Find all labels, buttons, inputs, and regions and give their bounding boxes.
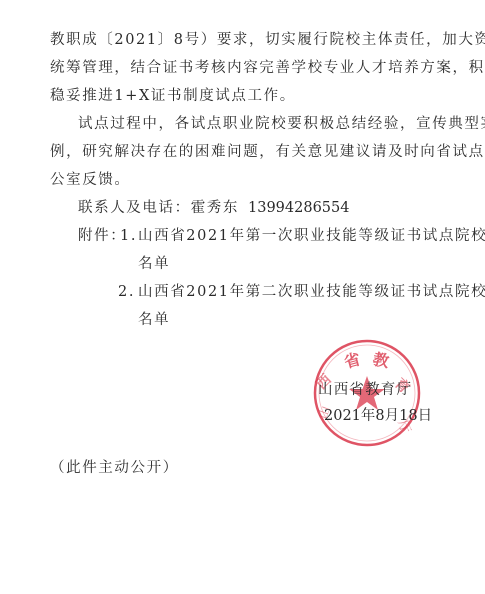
- attachment-2-number: 2.: [118, 282, 135, 302]
- attachment-2-title: 山西省2021年第二次职业技能等级证书试点院校: [138, 282, 485, 302]
- signature-date: 2021年8月18日: [324, 406, 432, 426]
- svg-text:省: 省: [342, 349, 362, 371]
- paragraph-1-line-3: 稳妥推进1+X证书制度试点工作。: [50, 86, 296, 106]
- signature-organization: 山西省教育厅: [318, 380, 412, 400]
- contact-label: 联系人及电话：霍秀东: [78, 198, 239, 218]
- paragraph-2-line-1: 试点过程中，各试点职业院校要积极总结经验，宣传典型案: [78, 114, 485, 134]
- svg-text:教: 教: [371, 349, 392, 371]
- disclosure-note: （此件主动公开）: [50, 458, 179, 478]
- paragraph-1-line-2: 统筹管理，结合证书考核内容完善学校专业人才培养方案，积极: [50, 58, 485, 78]
- contact-phone: 13994286554: [248, 198, 349, 218]
- attachment-1-number: 1.: [120, 226, 137, 246]
- paragraph-2-line-3: 公室反馈。: [50, 170, 131, 190]
- paragraph-2-line-2: 例，研究解决存在的困难问题，有关意见建议请及时向省试点办: [50, 142, 485, 162]
- attachment-1-title-cont: 名单: [138, 254, 170, 274]
- attachment-2-title-cont: 名单: [138, 310, 170, 330]
- attachment-1-title: 山西省2021年第一次职业技能等级证书试点院校: [138, 226, 485, 246]
- paragraph-1-line-1: 教职成〔2021〕8号）要求，切实履行院校主体责任，加大资源: [50, 30, 485, 50]
